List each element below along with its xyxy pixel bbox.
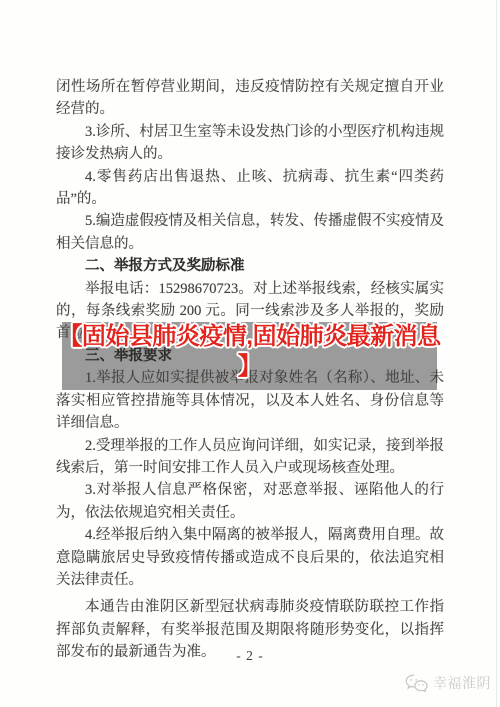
requirement-4: 4.经举报后纳入集中隔离的被举报人，隔离费用自理。故意隐瞒旅居史导致疫情传播或造… bbox=[56, 524, 444, 591]
watermark-label: 幸福淮阴 bbox=[433, 673, 491, 693]
section-2-heading: 二、举报方式及奖励标准 bbox=[56, 255, 444, 277]
headline-line-2: 】 bbox=[58, 351, 441, 382]
watermark: 幸福淮阴 bbox=[405, 673, 491, 693]
headline-overlay: 【固始县肺炎疫情,固始肺炎最新消息 】 bbox=[58, 322, 441, 382]
requirement-3: 3.对举报人信息严格保密，对恶意举报、诬陷他人的行为，依法依规追究相关责任。 bbox=[56, 479, 444, 524]
page-number: - 2 - bbox=[0, 648, 500, 664]
requirement-2: 2.受理举报的工作人员应询问详细，如实记录，接到举报线索后，第一时间安排工作人员… bbox=[56, 435, 444, 480]
headline-line-1: 【固始县肺炎疫情,固始肺炎最新消息 bbox=[58, 322, 441, 351]
list-item-3: 3.诊所、村居卫生室等未设发热门诊的小型医疗机构违规接诊发热病人的。 bbox=[56, 121, 444, 166]
list-item-5: 5.编造虚假疫情及相关信息，转发、传播虚假不实疫情及相关信息的。 bbox=[56, 210, 444, 255]
wechat-icon bbox=[405, 674, 428, 693]
document-page: 闭性场所在暂停营业期间，违反疫情防控有关规定擅自开业经营的。 3.诊所、村居卫生… bbox=[0, 0, 500, 707]
list-item-4: 4.零售药店出售退热、止咳、抗病毒、抗生素“四类药品”的。 bbox=[56, 166, 444, 211]
paragraph-continuation: 闭性场所在暂停营业期间，违反疫情防控有关规定擅自开业经营的。 bbox=[56, 76, 444, 121]
